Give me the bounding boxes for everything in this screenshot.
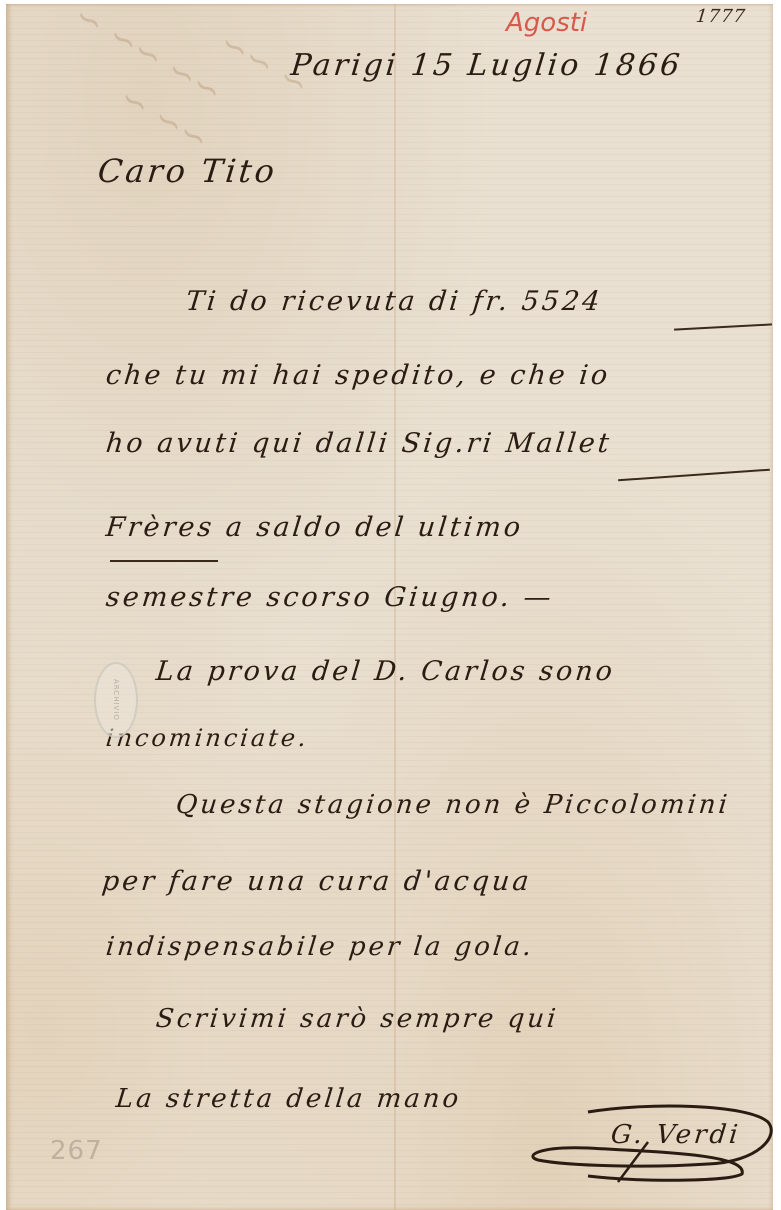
underline-amount [674,323,772,330]
letter-line-3: ho avuti qui dalli Sig.ri Mallet [104,428,613,459]
letter-line-6: La prova del D. Carlos sono [154,656,616,687]
letter-line-11: Scrivimi sarò sempre qui [154,1004,560,1034]
letter-sheet: ~~ ~~ ~ ~ ~~ ~~ ~ Agosti 1777 Parigi 15 … [6,4,773,1210]
letter-line-9: per fare una cura d'acqua [100,866,533,897]
dateline: Parigi 15 Luglio 1866 [289,48,684,83]
letter-line-1: Ti do ricevuta di fr. 5524 [184,286,604,317]
underline-freres [110,560,218,562]
archive-stamp-embossed: ARCHIVIO [94,662,138,738]
underline-mallet [618,469,770,482]
letter-line-8: Questa stagione non è Piccolomini [174,790,731,820]
letter-line-12: La stretta della mano [114,1084,462,1114]
letter-line-4: Frères a saldo del ultimo [104,512,524,543]
pencil-number: 267 [50,1136,103,1166]
letter-line-5: semestre scorso Giugno. — [104,582,555,613]
letter-line-7: incominciate. [105,724,311,752]
salutation: Caro Tito [96,152,279,190]
archive-annotation-red: Agosti [506,8,587,38]
folio-number: 1777 [695,6,747,27]
letter-line-10: indispensabile per la gola. [104,932,535,962]
signature: G. Verdi [609,1120,742,1150]
letter-line-2: che tu mi hai spedito, e che io [104,360,612,391]
